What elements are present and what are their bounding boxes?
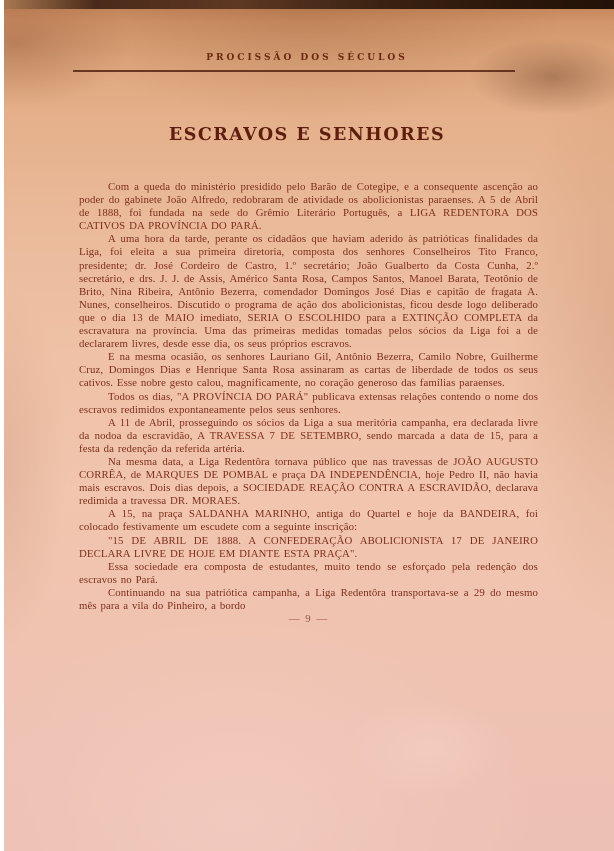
page-number: — 9 —	[79, 613, 538, 626]
paragraph: Continuando na sua patriótica campanha, …	[79, 587, 538, 613]
paragraph: A 15, na praça SALDANHA MARINHO, antiga …	[79, 508, 538, 534]
running-head: PROCISSÃO DOS SÉCULOS	[0, 53, 614, 63]
header-rule	[73, 70, 515, 72]
paragraph: Essa sociedade era composta de estudante…	[79, 561, 538, 587]
paragraph: A 11 de Abril, prosseguindo os sócios da…	[79, 417, 538, 456]
paragraph: Todos os dias, "A PROVÍNCIA DO PARÁ" pub…	[79, 391, 538, 417]
scanned-page-photo: PROCISSÃO DOS SÉCULOS ESCRAVOS E SENHORE…	[0, 0, 614, 851]
paragraph: E na mesma ocasião, os senhores Lauriano…	[79, 351, 538, 390]
page-title: ESCRAVOS E SENHORES	[0, 125, 614, 145]
paragraph: Na mesma data, a Liga Redentôra tornava …	[79, 456, 538, 508]
paragraph: Com a queda do ministério presidido pelo…	[79, 181, 538, 233]
page-content: PROCISSÃO DOS SÉCULOS ESCRAVOS E SENHORE…	[0, 0, 614, 851]
inscription-quote: "15 DE ABRIL DE 1888. A CONFEDERAÇÃO ABO…	[79, 535, 538, 561]
body-text: Com a queda do ministério presidido pelo…	[79, 181, 538, 626]
paragraph: A uma hora da tarde, perante os cidadãos…	[79, 233, 538, 351]
